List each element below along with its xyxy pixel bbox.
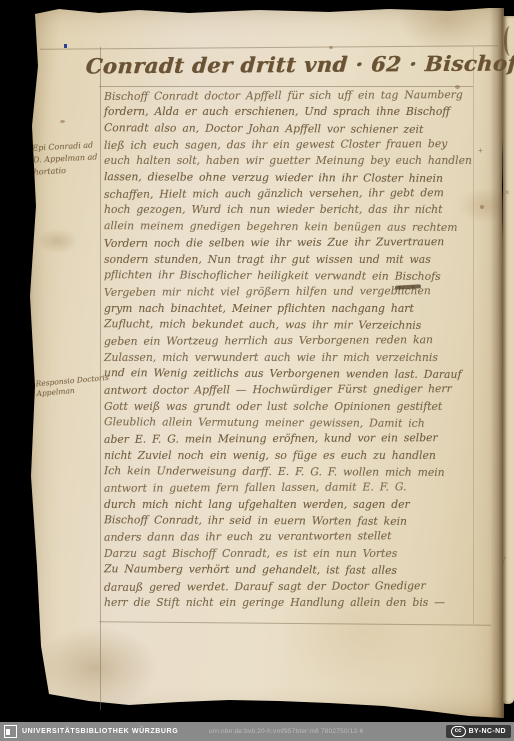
license-label: BY-NC-ND	[469, 728, 506, 735]
urn-identifier: urn:nbn:de:bvb:20-h:vmf957bter:m8 780275…	[209, 728, 363, 735]
manuscript-line: ließ ich euch sagen, das ihr ein gewest …	[104, 137, 447, 152]
manuscript-line: nicht Zuviel noch ein wenig, so füge es …	[104, 449, 436, 462]
chapter-heading-text: Conradt der dritt vnd · 62 · Bischoff	[85, 50, 514, 78]
manuscript-line: durch mich nicht lang ufgehalten werden,…	[104, 498, 410, 511]
cc-icon: cc	[451, 726, 466, 737]
foxing-spot	[480, 205, 484, 209]
footer-bar: UNIVERSITÄTSBIBLIOTHEK WÜRZBURG urn:nbn:…	[0, 722, 514, 741]
manuscript-line: fordern, Alda er auch erschienen, Und sp…	[104, 105, 450, 118]
manuscript-line: Conradt also an, Doctor Johan Apffell vo…	[104, 121, 423, 136]
manuscript-line: Bischoff Conradt doctor Apffell für sich…	[104, 88, 463, 103]
library-name: UNIVERSITÄTSBIBLIOTHEK WÜRZBURG	[22, 728, 178, 735]
manuscript-line: schaffen, Hielt mich auch gänzlich verse…	[104, 186, 444, 201]
manuscript-line: Zulassen, mich verwundert auch wie ihr m…	[104, 351, 438, 364]
manuscript-line: geben ein Wortzeug herrlich aus Verborge…	[104, 333, 433, 348]
manuscript-line: antwort in guetem fern fallen lassen, da…	[104, 481, 407, 496]
margin-note-adhortatio: Epi Conradi ad D. Appelman ad hortatio	[32, 139, 98, 178]
manuscript-line: antwort doctor Apffell — Hochwürdiger Fü…	[104, 382, 452, 397]
manuscript-line: aber E. F. G. mein Meinung eröfnen, kund…	[104, 431, 438, 446]
scanned-page-view: × ʃ Conradt der dritt vnd · 62 · Bischof…	[0, 0, 514, 741]
foxing-spot	[60, 120, 65, 123]
library-logo-icon	[4, 725, 17, 738]
manuscript-line: Gott weiß was grundt oder lust solche Op…	[104, 400, 442, 413]
manuscript-line: Vordern noch die selben wie ihr weis Zue…	[104, 235, 444, 250]
bleedthrough-mark: ×	[505, 188, 510, 197]
manuscript-line: Darzu sagt Bischoff Conradt, es ist ein …	[104, 547, 397, 560]
manuscript-body-text: Bischoff Conradt doctor Apffell für sich…	[104, 89, 476, 614]
manuscript-line: und ein Wenig zeitlichs aus Verborgenen …	[104, 366, 462, 381]
manuscript-line: grym nach binachtet, Meiner pflichten na…	[104, 302, 414, 315]
manuscript-line: Zuflucht, mich bekundet auch, was ihr mi…	[104, 317, 421, 332]
cc-license-badge[interactable]: cc BY-NC-ND	[446, 725, 511, 738]
ruling-line-header-base	[99, 86, 473, 87]
manuscript-line: lassen, dieselbe ohne verzug wieder ihn …	[104, 170, 443, 185]
manuscript-line: herr die Stift nicht ein geringe Handlun…	[104, 596, 445, 609]
manuscript-line: Vergeben mir nicht viel größern hilfen u…	[104, 284, 431, 299]
page-fold-shadow	[490, 6, 504, 718]
manuscript-line: hoch gezogen, Wurd ich nun wieder berich…	[104, 203, 442, 216]
manuscript-line: Ich kein Underweisung darff. E. F. G. F.…	[104, 464, 445, 479]
manuscript-line: euch halten solt, haben wir guetter Mein…	[104, 154, 472, 167]
chapter-heading: Conradt der dritt vnd · 62 · Bischoff	[85, 39, 508, 84]
blue-ink-dot	[64, 44, 67, 48]
adjacent-page-edge	[503, 16, 514, 704]
manuscript-line: allein meinem gnedigen begehren kein ben…	[104, 219, 458, 234]
manuscript-line: pflichten ihr Bischoflicher heiligkeit v…	[104, 268, 441, 283]
margin-cross-mark: +	[478, 146, 483, 155]
manuscript-line: anders dann das ihr euch zu verantworten…	[104, 530, 392, 545]
manuscript-line: Bischoff Conradt, ihr seid in euern Wort…	[104, 513, 407, 528]
manuscript-line: darauß gered werdet. Darauf sagt der Doc…	[104, 579, 426, 594]
manuscript-line: Gleublich allein Vermutung meiner gewiss…	[104, 415, 425, 430]
manuscript-line: Zu Naumberg verhört und gehandelt, ist f…	[104, 562, 397, 577]
manuscript-line: sondern stunden, Nun tragt ihr gut wisse…	[104, 253, 431, 266]
